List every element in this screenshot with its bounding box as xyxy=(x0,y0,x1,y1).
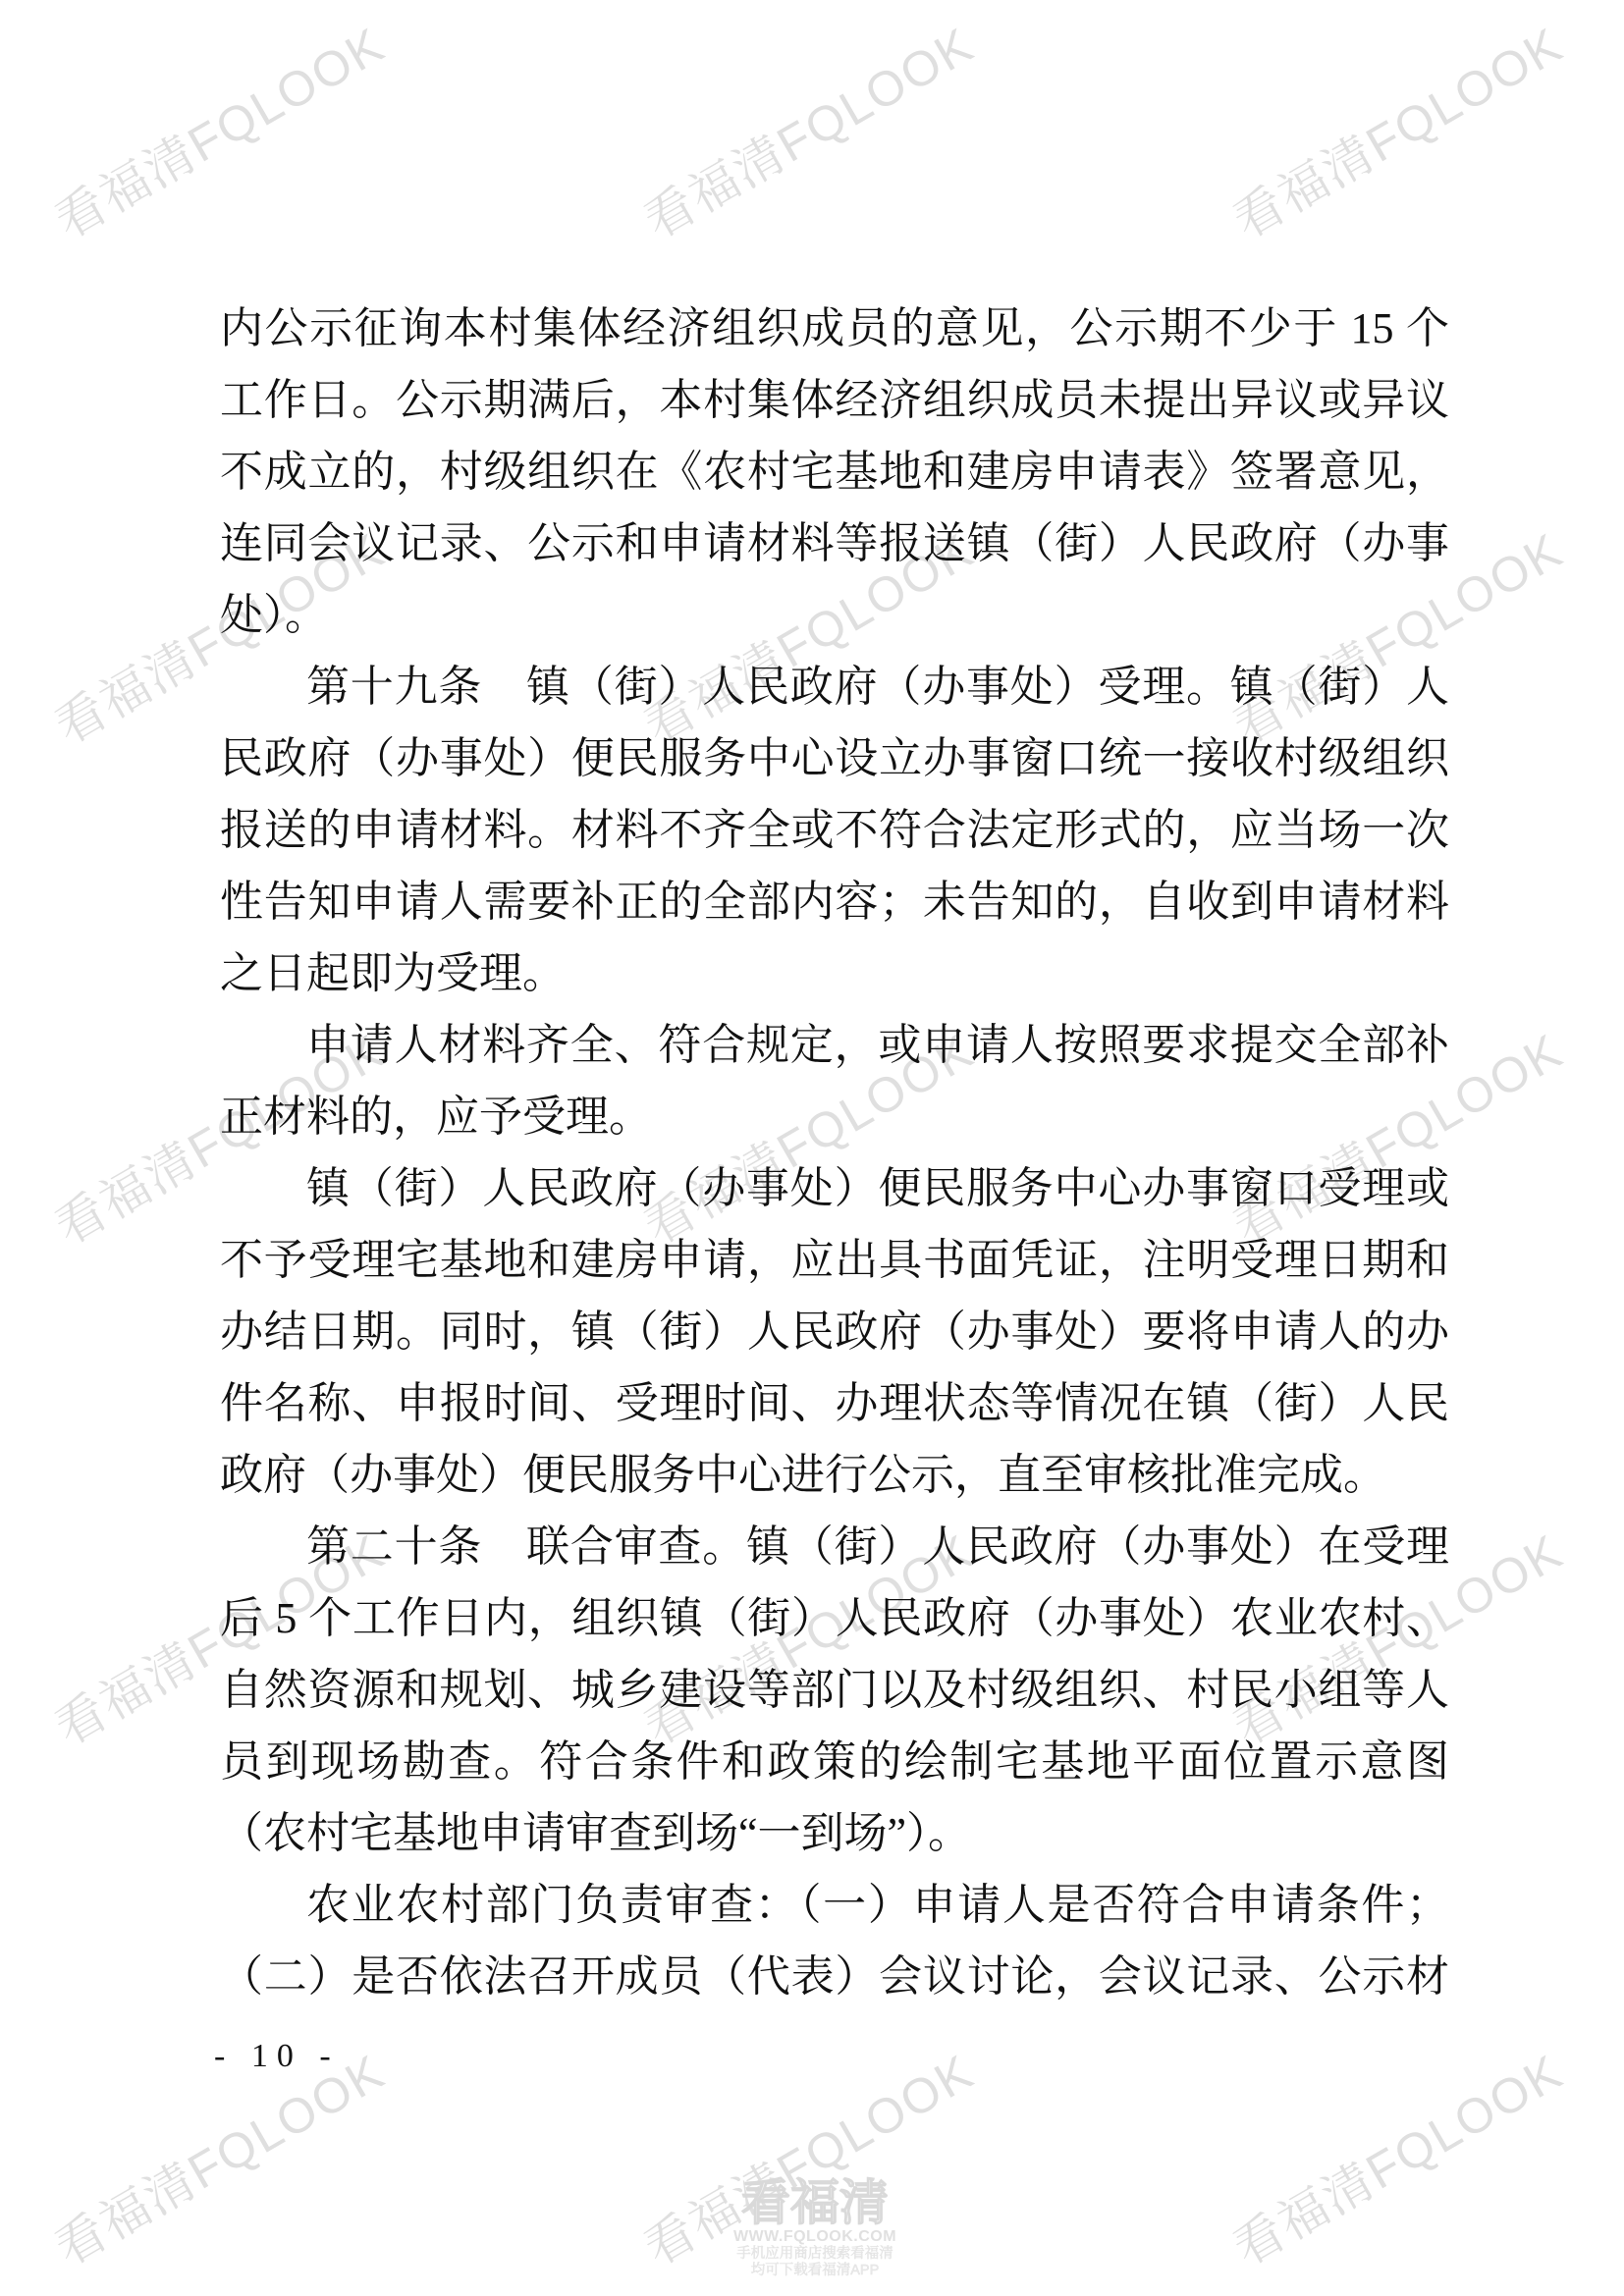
logo-caption-line1: 手机应用商店搜索看福清 xyxy=(725,2246,905,2263)
text-line: 第二十条 联合审查。镇（街）人民政府（办事处）在受理 xyxy=(220,1511,1449,1582)
text-line: 连同会议记录、公示和申请材料等报送镇（街）人民政府（办事 xyxy=(220,507,1449,579)
logo-title: 看福清 xyxy=(725,2177,905,2228)
text-line: 之日起即为受理。 xyxy=(220,937,1449,1009)
text-line: 不予受理宅基地和建房申请，应出具书面凭证，注明受理日期和 xyxy=(220,1224,1449,1296)
text-line: 申请人材料齐全、符合规定，或申请人按照要求提交全部补 xyxy=(220,1009,1449,1081)
watermark-text: 看福清FQLOOK xyxy=(629,7,985,253)
text-line: 第十九条 镇（街）人民政府（办事处）受理。镇（街）人 xyxy=(220,651,1449,722)
text-line: 后 5 个工作日内，组织镇（街）人民政府（办事处）农业农村、 xyxy=(220,1582,1449,1654)
text-line: （农村宅基地申请审查到场“一到场”）。 xyxy=(220,1797,1449,1869)
text-line: 办结日期。同时，镇（街）人民政府（办事处）要将申请人的办 xyxy=(220,1296,1449,1367)
text-line: 农业农村部门负责审查：（一）申请人是否符合申请条件； xyxy=(220,1869,1449,1941)
text-line: 内公示征询本村集体经济组织成员的意见，公示期不少于 15 个 xyxy=(220,293,1449,364)
watermark-text: 看福清FQLOOK xyxy=(1218,2034,1574,2280)
text-line: 处）。 xyxy=(220,579,1449,651)
text-line: 工作日。公示期满后，本村集体经济组织成员未提出异议或异议 xyxy=(220,364,1449,436)
text-line: 性告知申请人需要补正的全部内容；未告知的，自收到申请材料 xyxy=(220,866,1449,937)
watermark-text: 看福清FQLOOK xyxy=(40,7,396,253)
document-page: { "document": { "lines": [ {"text": "内公示… xyxy=(0,0,1624,2296)
text-line: 自然资源和规划、城乡建设等部门以及村级组织、村民小组等人 xyxy=(220,1654,1449,1726)
text-line: 报送的申请材料。材料不齐全或不符合法定形式的，应当场一次 xyxy=(220,794,1449,866)
text-line: 不成立的，村级组织在《农村宅基地和建房申请表》签署意见， xyxy=(220,436,1449,507)
page-number: - 10 - xyxy=(214,2038,340,2075)
site-logo: 看福清 WWW.FQLOOK.COM 手机应用商店搜索看福清 均可下载看福清AP… xyxy=(725,2177,905,2279)
text-line: 政府（办事处）便民服务中心进行公示，直至审核批准完成。 xyxy=(220,1439,1449,1511)
logo-caption-line2: 均可下载看福清APP xyxy=(725,2263,905,2279)
text-line: （二）是否依法召开成员（代表）会议讨论，会议记录、公示材 xyxy=(220,1941,1449,2012)
body-text: 内公示征询本村集体经济组织成员的意见，公示期不少于 15 个工作日。公示期满后，… xyxy=(220,293,1449,2012)
watermark-text: 看福清FQLOOK xyxy=(1218,7,1574,253)
text-line: 员到现场勘查。符合条件和政策的绘制宅基地平面位置示意图 xyxy=(220,1726,1449,1797)
text-line: 镇（街）人民政府（办事处）便民服务中心办事窗口受理或 xyxy=(220,1152,1449,1224)
text-line: 民政府（办事处）便民服务中心设立办事窗口统一接收村级组织 xyxy=(220,722,1449,794)
text-line: 件名称、申报时间、受理时间、办理状态等情况在镇（街）人民 xyxy=(220,1367,1449,1439)
logo-url: WWW.FQLOOK.COM xyxy=(725,2228,905,2246)
text-line: 正材料的，应予受理。 xyxy=(220,1081,1449,1152)
